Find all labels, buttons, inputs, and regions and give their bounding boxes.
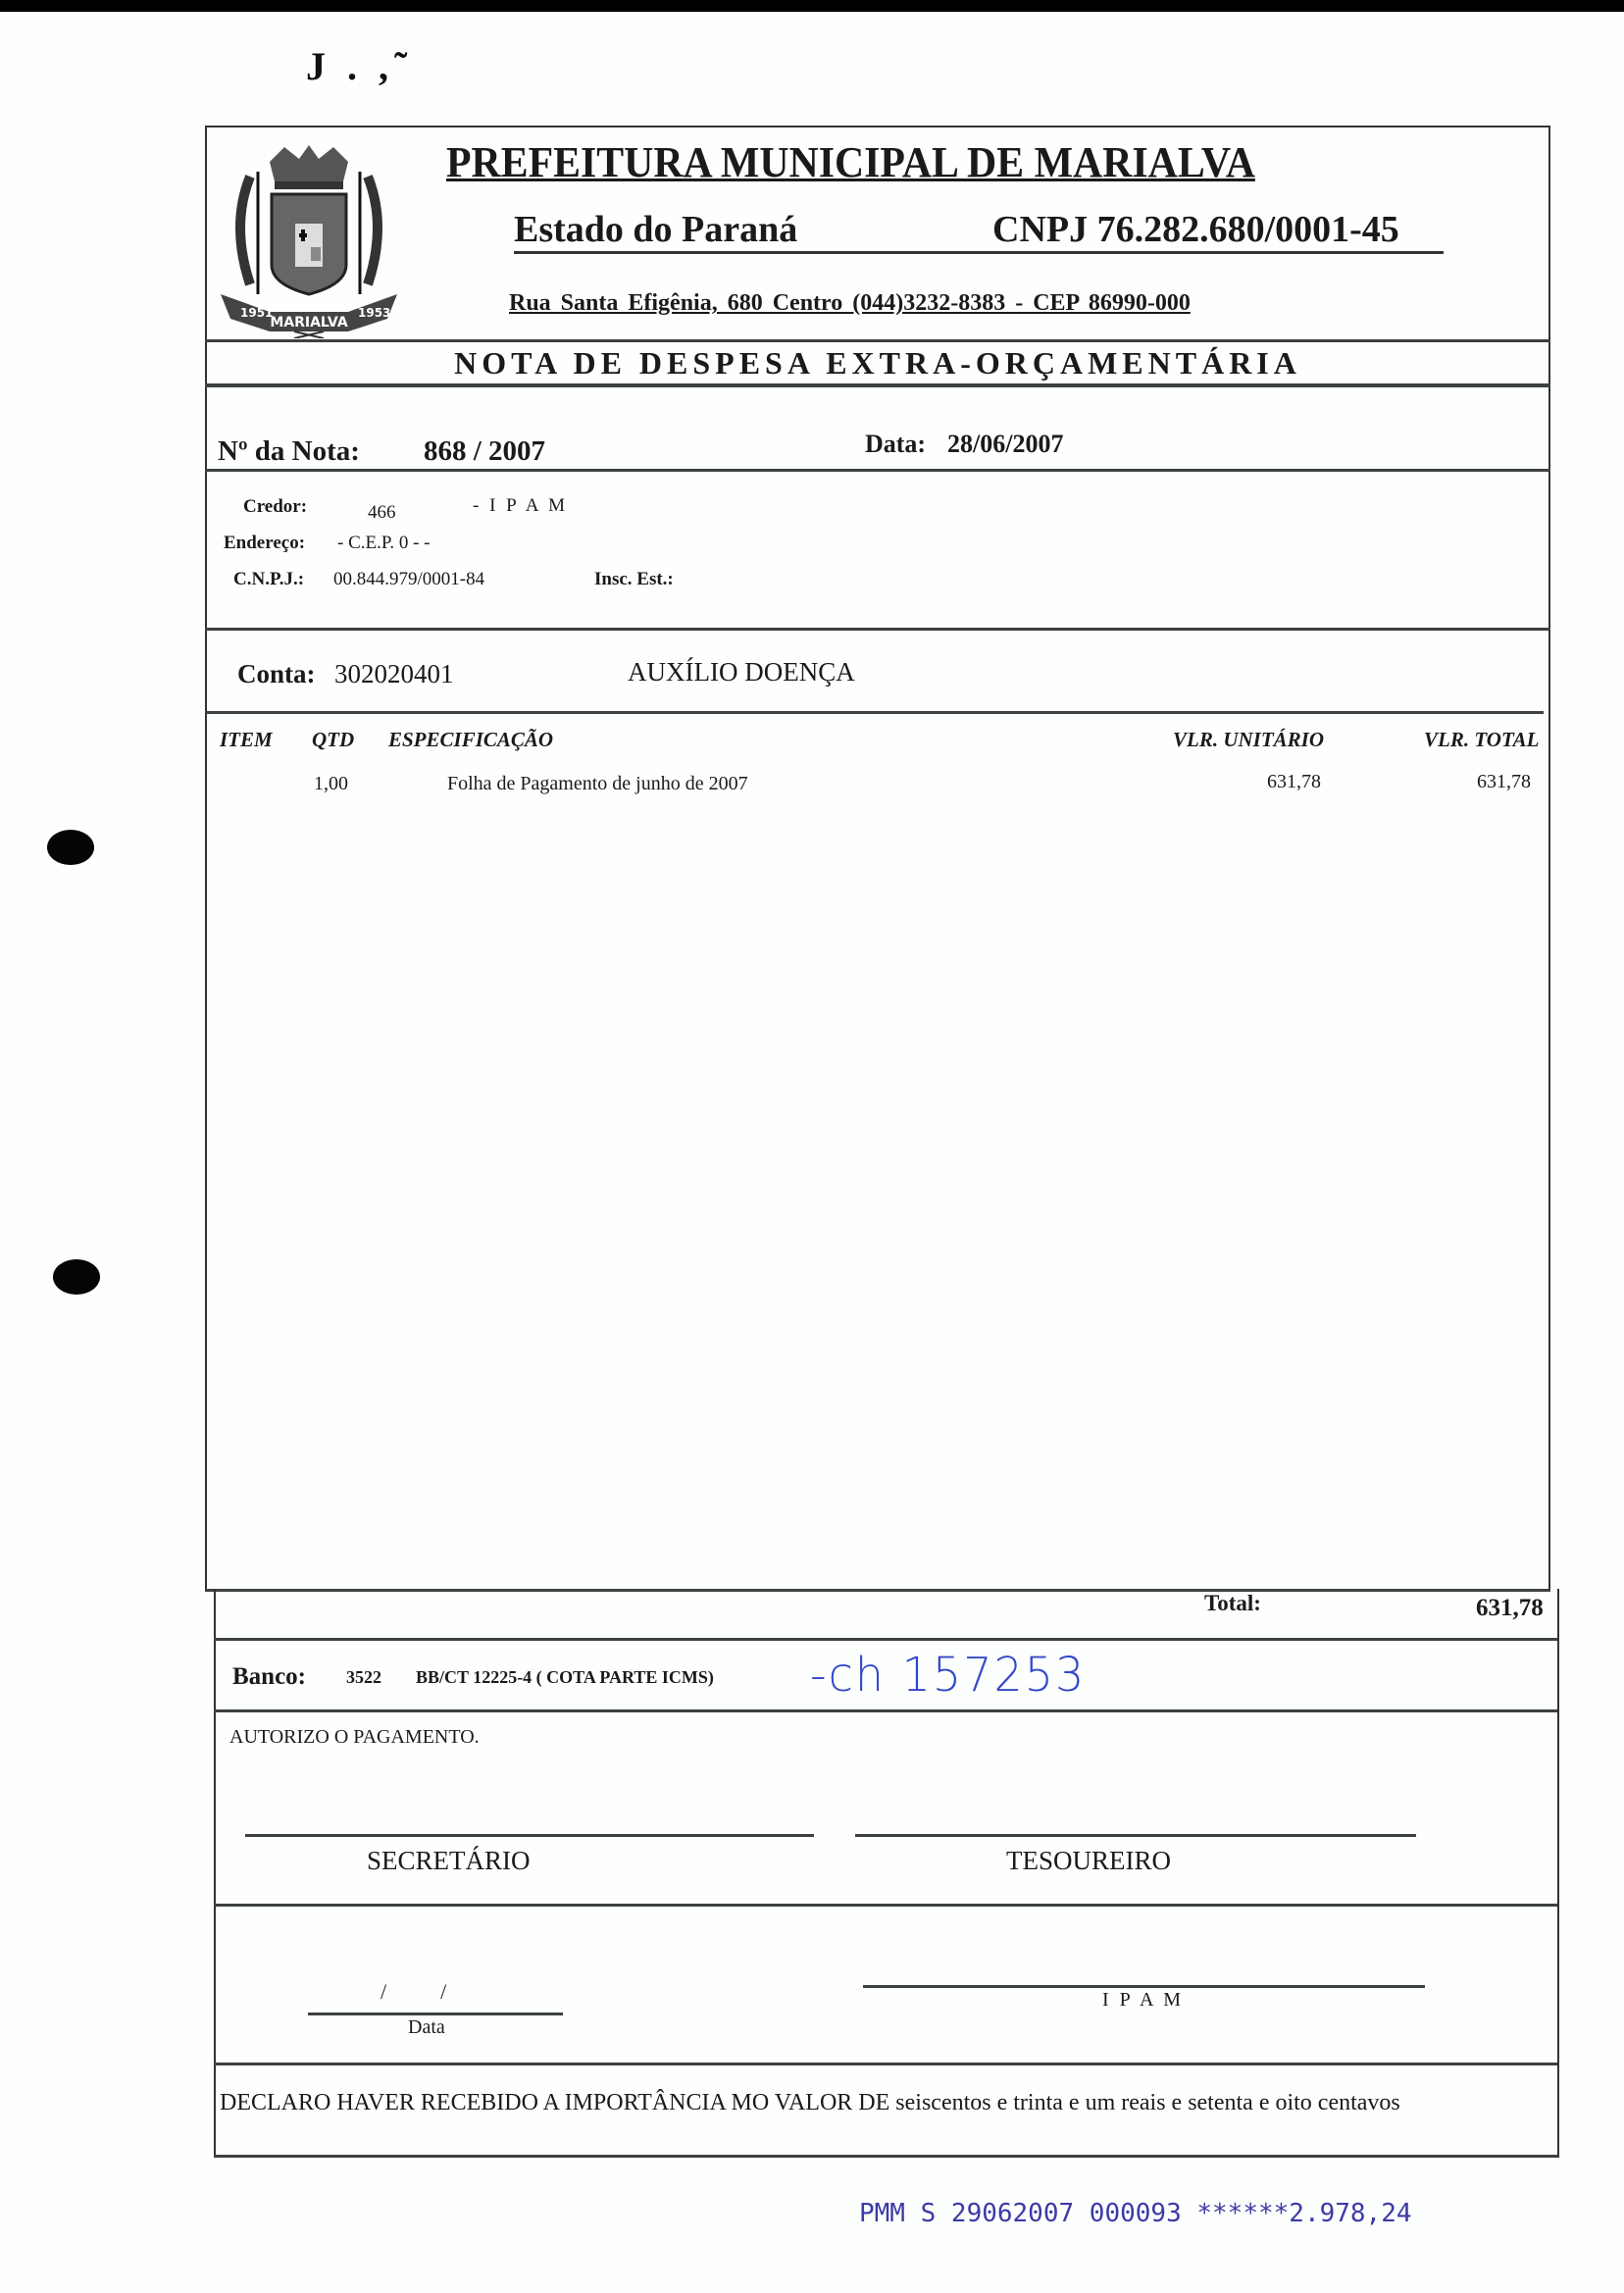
receipt-signer-label: I P A M xyxy=(1102,1989,1184,2012)
col-header-total-value: VLR. TOTAL xyxy=(1424,728,1539,752)
conta-number: 302020401 xyxy=(334,659,454,689)
banco-label: Banco: xyxy=(232,1663,306,1691)
nota-date: 28/06/2007 xyxy=(947,430,1063,459)
declaration-text: DECLARO HAVER RECEBIDO A IMPORTÂNCIA MO … xyxy=(220,2085,1524,2120)
credor-cnpj-label: C.N.P.J.: xyxy=(233,569,304,590)
total-label: Total: xyxy=(1204,1591,1261,1616)
cell-unit-value: 631,78 xyxy=(1267,771,1321,793)
credor-code: 466 xyxy=(368,502,396,524)
divider xyxy=(205,383,1550,387)
signature-label-tesoureiro: TESOUREIRO xyxy=(1006,1846,1171,1876)
svg-text:MARIALVA: MARIALVA xyxy=(270,315,347,331)
signature-label-secretario: SECRETÁRIO xyxy=(367,1846,531,1876)
conta-description: AUXÍLIO DOENÇA xyxy=(628,657,855,688)
cell-spec: Folha de Pagamento de junho de 2007 xyxy=(447,773,748,795)
municipality-address: Rua Santa Efigênia, 680 Centro (044)3232… xyxy=(509,290,1191,317)
cell-qtd: 1,00 xyxy=(314,773,348,795)
receipt-date-label: Data xyxy=(408,2016,445,2039)
municipality-title: PREFEITURA MUNICIPAL DE MARIALVA xyxy=(446,137,1255,187)
credor-address: - C.E.P. 0 - - xyxy=(337,533,430,554)
punch-hole-bottom xyxy=(53,1259,100,1295)
divider xyxy=(214,2155,1557,2158)
divider xyxy=(214,2063,1557,2065)
divider xyxy=(205,711,1544,714)
svg-text:1953: 1953 xyxy=(358,306,390,320)
credor-address-label: Endereço: xyxy=(224,533,305,554)
signature-line-secretario xyxy=(245,1834,814,1837)
scan-marks: J . ,˜ xyxy=(306,43,413,89)
col-header-spec: ESPECIFICAÇÃO xyxy=(388,728,553,752)
lower-frame-left xyxy=(214,1589,216,2158)
banco-account: BB/CT 12225-4 ( COTA PARTE ICMS) xyxy=(416,1667,714,1688)
punch-hole-top xyxy=(47,830,94,865)
conta-label: Conta: xyxy=(237,659,316,689)
nota-date-label: Data: xyxy=(865,430,926,459)
authorization-text: AUTORIZO O PAGAMENTO. xyxy=(229,1726,480,1749)
municipal-crest-icon: MARIALVA 1951 1953 xyxy=(211,137,407,338)
credor-label: Credor: xyxy=(243,496,307,518)
credor-cnpj: 00.844.979/0001-84 xyxy=(333,569,484,590)
signature-line-ipam xyxy=(863,1985,1425,1988)
credor-name: - I P A M xyxy=(473,495,568,517)
mechanical-stamp: PMM S 29062007 000093 ******2.978,24 xyxy=(859,2199,1412,2228)
col-header-item: ITEM xyxy=(220,728,273,752)
nota-number-label: Nº da Nota: xyxy=(218,435,360,468)
divider xyxy=(214,1638,1557,1641)
receipt-date-slashes: / / xyxy=(381,1979,446,2005)
divider xyxy=(205,628,1550,631)
divider xyxy=(205,339,1550,342)
col-header-unit-value: VLR. UNITÁRIO xyxy=(1173,728,1324,752)
header-underline xyxy=(514,251,1444,254)
receipt-date-line xyxy=(308,2013,563,2015)
signature-line-tesoureiro xyxy=(855,1834,1416,1837)
cell-total-value: 631,78 xyxy=(1477,771,1531,793)
divider xyxy=(214,1904,1557,1907)
nota-number: 868 / 2007 xyxy=(424,435,545,468)
handwritten-check-number: -ch 157253 xyxy=(810,1647,1086,1703)
svg-text:1951: 1951 xyxy=(240,306,273,320)
municipality-cnpj: CNPJ 76.282.680/0001-45 xyxy=(992,208,1399,251)
divider xyxy=(205,469,1550,472)
divider xyxy=(214,1709,1557,1712)
total-value: 631,78 xyxy=(1476,1595,1544,1622)
state-name: Estado do Paraná xyxy=(514,208,797,251)
lower-frame-right xyxy=(1557,1589,1559,2158)
divider xyxy=(205,1589,1550,1592)
col-header-qtd: QTD xyxy=(312,728,354,752)
banco-code: 3522 xyxy=(346,1667,381,1688)
document-title: NOTA DE DESPESA EXTRA-ORÇAMENTÁRIA xyxy=(205,345,1550,382)
scan-top-edge xyxy=(0,0,1624,12)
credor-insc-label: Insc. Est.: xyxy=(594,569,674,590)
